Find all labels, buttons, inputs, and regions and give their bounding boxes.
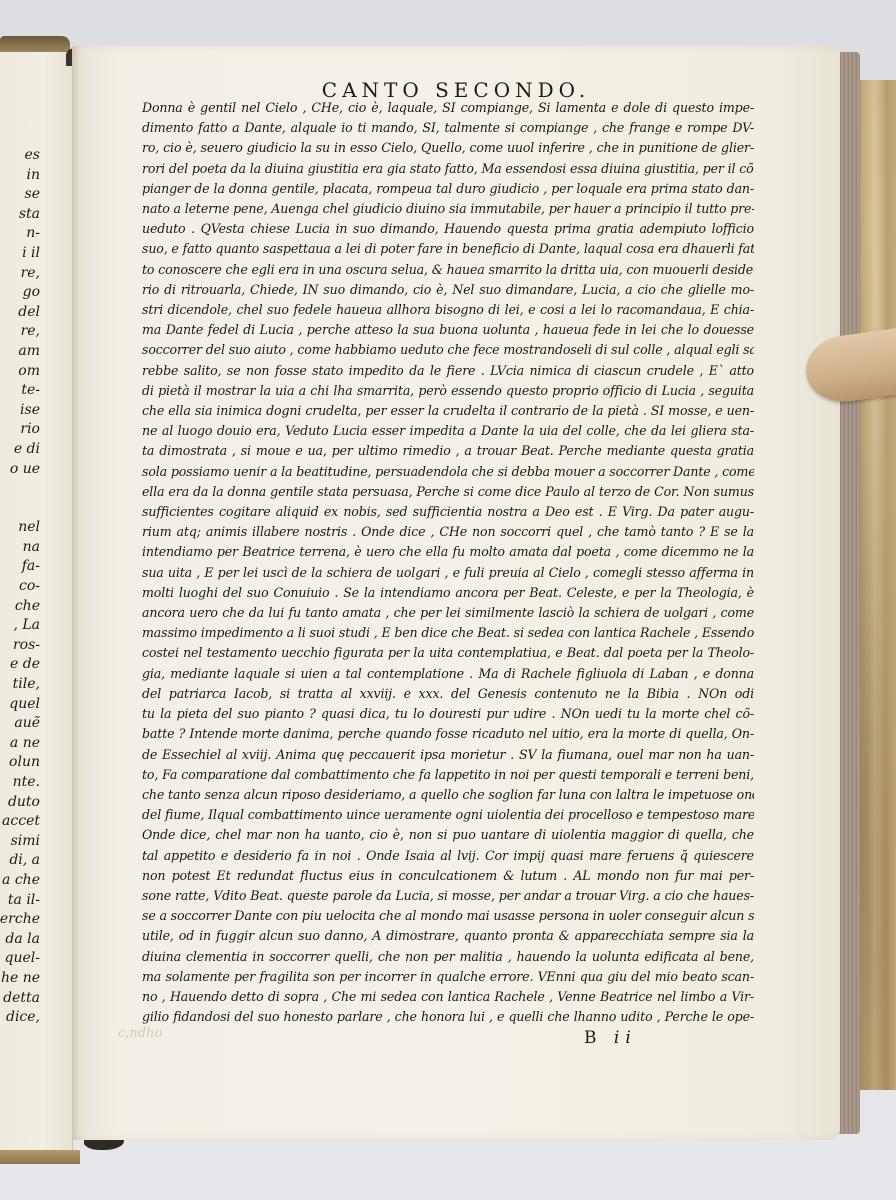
left-line-fragment: da la xyxy=(0,930,40,950)
text-line: rori del poeta da la diuina giustitia er… xyxy=(142,159,754,179)
left-line-fragment xyxy=(0,499,40,519)
signature-mark: B ii xyxy=(584,1028,637,1048)
text-line: molti luoghi del suo Conuiuio . Se la in… xyxy=(142,583,754,603)
text-line: gia, mediante laquale si uien a tal cont… xyxy=(142,664,754,684)
page-edge-stack xyxy=(838,52,860,1134)
text-line: tu la pieta del suo pianto ? quasi dica,… xyxy=(142,704,754,724)
text-line: che ella sia inimica dogni crudelta, per… xyxy=(142,401,754,421)
left-line-fragment: dice, xyxy=(0,1008,40,1028)
text-line: Donna è gentil nel Cielo , CHe, cio è, l… xyxy=(142,98,754,118)
left-line-fragment: o ue xyxy=(0,460,40,480)
text-line: ella era da la donna gentile stata persu… xyxy=(142,482,754,502)
left-line-fragment: di, a xyxy=(0,851,40,871)
text-line: to, Fa comparatione dal combattimento ch… xyxy=(142,765,754,785)
left-line-fragment: i il xyxy=(0,244,40,264)
left-line-fragment: erche xyxy=(0,910,40,930)
left-line-fragment: quel- xyxy=(0,949,40,969)
left-line-fragment: fa- xyxy=(0,557,40,577)
text-line: utile, od in fuggir alcun suo danno, A d… xyxy=(142,926,754,946)
text-line: ancora uero che da lui fu tanto amata , … xyxy=(142,603,754,623)
left-line-fragment: a ne xyxy=(0,734,40,754)
text-line: gilio fidandosi del suo honesto parlare … xyxy=(142,1007,754,1027)
left-line-fragment: re, xyxy=(0,264,40,284)
left-line-fragment: sta xyxy=(0,205,40,225)
text-line: del fiume, Ilqual combattimento uince ue… xyxy=(142,805,754,825)
text-line: massimo impedimento a li suoi studi , E … xyxy=(142,623,754,643)
left-line-fragment: n- xyxy=(0,224,40,244)
left-line-fragment: e de xyxy=(0,655,40,675)
left-cover-bottom-edge xyxy=(0,1150,80,1164)
left-page: esinsestan-i ilre,godelre,amomte-iserioe… xyxy=(0,48,73,1156)
left-line-fragment: del xyxy=(0,303,40,323)
text-line: diuina clementia in soccorrer quelli, ch… xyxy=(142,947,754,967)
left-line-fragment: co- xyxy=(0,577,40,597)
text-line: rium atq; animis illabere nostris . Onde… xyxy=(142,522,754,542)
left-cover-top-edge xyxy=(0,36,70,52)
text-line: costei nel testamento uecchio figurata p… xyxy=(142,643,754,663)
text-line: non potest Et redundat fluctus eius in c… xyxy=(142,866,754,886)
left-page-text: esinsestan-i ilre,godelre,amomte-iserioe… xyxy=(0,146,42,1028)
left-line-fragment: in xyxy=(0,166,40,186)
left-line-fragment: am xyxy=(0,342,40,362)
text-line: rebbe salito, se non fosse stato impedit… xyxy=(142,361,754,381)
text-line: sola possiamo uenir a la beatitudine, pe… xyxy=(142,462,754,482)
left-line-fragment: olun xyxy=(0,753,40,773)
left-line-fragment: ta il- xyxy=(0,891,40,911)
left-line-fragment: re, xyxy=(0,322,40,342)
bleed-through-text: c,ndho xyxy=(118,1026,162,1041)
left-line-fragment: es xyxy=(0,146,40,166)
text-line: del patriarca Iacob, si tratta al xxviij… xyxy=(142,684,754,704)
left-line-fragment: se xyxy=(0,185,40,205)
text-line: che tanto senza alcun riposo desideriamo… xyxy=(142,785,754,805)
text-line: sua uita , E per lei uscì de la schiera … xyxy=(142,563,754,583)
left-line-fragment: detta xyxy=(0,989,40,1009)
text-line: tal appetito e desiderio fa in noi . Ond… xyxy=(142,846,754,866)
left-line-fragment: che xyxy=(0,597,40,617)
left-line-fragment: ros- xyxy=(0,636,40,656)
signature-letter: B xyxy=(584,1028,603,1048)
left-line-fragment: a che xyxy=(0,871,40,891)
text-line: intendiamo per Beatrice terrena, è uero … xyxy=(142,542,754,562)
left-line-fragment: e di xyxy=(0,440,40,460)
text-line: ma Dante fedel di Lucia , perche atteso … xyxy=(142,320,754,340)
left-line-fragment: nte. xyxy=(0,773,40,793)
left-line-fragment xyxy=(0,479,40,499)
text-line: ueduto . QVesta chiese Lucia in suo dima… xyxy=(142,219,754,239)
text-line: sone ratte, Vdito Beat. queste parole da… xyxy=(142,886,754,906)
text-line: rio di ritrouarla, Chiede, IN suo dimand… xyxy=(142,280,754,300)
left-line-fragment: tile, xyxy=(0,675,40,695)
text-line: di pietà il mostrar la uia a chi lha sma… xyxy=(142,381,754,401)
text-line: to conoscere che egli era in una oscura … xyxy=(142,260,754,280)
text-line: suo, e fatto quanto saspettaua a lei di … xyxy=(142,239,754,259)
text-line: pianger de la donna gentile, placata, ro… xyxy=(142,179,754,199)
left-line-fragment: rio xyxy=(0,420,40,440)
left-line-fragment: go xyxy=(0,283,40,303)
text-line: stri dicendole, chel suo fedele haueua a… xyxy=(142,300,754,320)
left-line-fragment: quel xyxy=(0,695,40,715)
text-line: ta dimostrata , si moue e ua, per ultimo… xyxy=(142,441,754,461)
text-line: de Essechiel al xviij. Anima quę peccaue… xyxy=(142,745,754,765)
signature-number: ii xyxy=(614,1028,637,1048)
text-line: nato a leterne pene, Auenga chel giudici… xyxy=(142,199,754,219)
text-line: ma solamente per fragilita son per incor… xyxy=(142,967,754,987)
text-line: soccorrer del suo aiuto , come habbiamo … xyxy=(142,340,754,360)
left-line-fragment: om xyxy=(0,362,40,382)
left-line-fragment: ise xyxy=(0,401,40,421)
left-line-fragment: te- xyxy=(0,381,40,401)
left-line-fragment: nel xyxy=(0,518,40,538)
text-line: ne al luogo douio era, Veduto Lucia esse… xyxy=(142,421,754,441)
text-line: Onde dice, chel mar non ha uanto, cio è,… xyxy=(142,825,754,845)
text-line: no , Hauendo detto di sopra , Che mi sed… xyxy=(142,987,754,1007)
left-line-fragment: , La xyxy=(0,616,40,636)
left-line-fragment: na xyxy=(0,538,40,558)
left-line-fragment: he ne xyxy=(0,969,40,989)
right-page: CANTO SECONDO. Donna è gentil nel Cielo … xyxy=(72,46,840,1140)
left-line-fragment: auẽ xyxy=(0,714,40,734)
left-line-fragment: accet xyxy=(0,812,40,832)
commentary-text: Donna è gentil nel Cielo , CHe, cio è, l… xyxy=(142,98,754,1027)
text-line: sufficientes cogitare aliquid ex nobis, … xyxy=(142,502,754,522)
text-line: ro, cio è, seuero giudicio la su in esso… xyxy=(142,138,754,158)
text-line: se a soccorrer Dante con piu uelocita ch… xyxy=(142,906,754,926)
text-line: dimento fatto a Dante, alquale io ti man… xyxy=(142,118,754,138)
left-line-fragment: duto xyxy=(0,793,40,813)
text-line: batte ? Intende morte danima, perche qua… xyxy=(142,724,754,744)
left-line-fragment: simi xyxy=(0,832,40,852)
